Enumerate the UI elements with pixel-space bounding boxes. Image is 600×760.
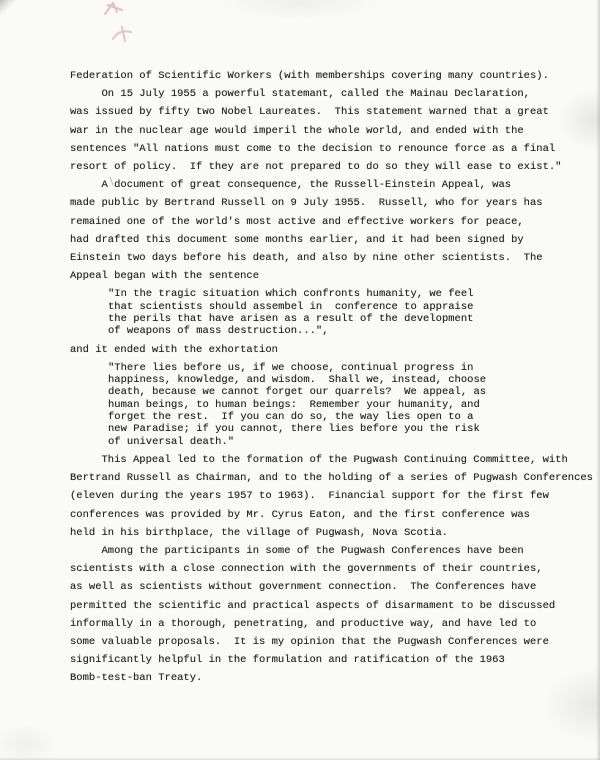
- text-line: (eleven during the years 1957 to 1963). …: [70, 487, 600, 505]
- text-line: permitted the scientific and practical a…: [70, 597, 600, 615]
- text-line: death, because we cannot forget our quar…: [70, 386, 600, 398]
- text-line: that scientists should assembel in confe…: [70, 301, 600, 313]
- text-line: as well as scientists without government…: [70, 578, 600, 596]
- text-line: informally in a thorough, penetrating, a…: [70, 615, 600, 633]
- text-line: "There lies before us, if we choose, con…: [70, 362, 600, 374]
- text-line: held in his birthplace, the village of P…: [70, 524, 600, 542]
- text-line: conferences was provided by Mr. Cyrus Ea…: [70, 506, 600, 524]
- text-line: happiness, knowledge, and wisdom. Shall …: [70, 374, 600, 386]
- red-pencil-mark-icon: [102, 1, 128, 18]
- red-pencil-mark-icon: [110, 25, 136, 43]
- text-line: forget the rest. If you can do so, the w…: [70, 411, 600, 423]
- document-text: Federation of Scientific Workers (with m…: [70, 67, 600, 688]
- text-line: On 15 July 1955 a powerful statemant, ca…: [70, 85, 600, 103]
- text-line: Among the participants in some of the Pu…: [70, 542, 600, 560]
- text-line: "In the tragic situation which confronts…: [70, 288, 600, 300]
- text-line: war in the nuclear age would imperil the…: [70, 122, 600, 140]
- text-line: Appeal began with the sentence: [70, 267, 600, 285]
- text-line: had drafted this document some months ea…: [70, 231, 600, 249]
- text-line: made public by Bertrand Russell on 9 Jul…: [70, 194, 600, 212]
- text-line: was issued by fifty two Nobel Laureates.…: [70, 103, 600, 121]
- scanned-page: \ Federation of Scientific Workers (with…: [0, 0, 600, 760]
- text-line: of universal death.": [70, 436, 600, 448]
- text-line: some valuable proposals. It is my opinio…: [70, 633, 600, 651]
- text-line: This Appeal led to the formation of the …: [70, 451, 600, 469]
- text-line: remained one of the world's most active …: [70, 213, 600, 231]
- text-line: Einstein two days before his death, and …: [70, 249, 600, 267]
- text-line: the perils that have arisen as a result …: [70, 313, 600, 325]
- text-line: new Paradise; if you cannot, there lies …: [70, 423, 600, 435]
- scan-corner-artifact: [0, 0, 15, 15]
- text-line: human beings, to human beings: Remember …: [70, 399, 600, 411]
- text-line: significantly helpful in the formulation…: [70, 651, 600, 669]
- text-line: of weapons of mass destruction...",: [70, 325, 600, 337]
- text-line: and it ended with the exhortation: [70, 341, 600, 359]
- text-line: Bertrand Russell as Chairman, and to the…: [70, 469, 600, 487]
- text-line: resort of policy. If they are not prepar…: [70, 158, 600, 176]
- text-line: scientists with a close connection with …: [70, 560, 600, 578]
- text-line: Bomb-test-ban Treaty.: [70, 669, 600, 687]
- text-line: A document of great consequence, the Rus…: [70, 176, 600, 194]
- text-line: sentences "All nations must come to the …: [70, 140, 600, 158]
- text-line: Federation of Scientific Workers (with m…: [70, 67, 600, 85]
